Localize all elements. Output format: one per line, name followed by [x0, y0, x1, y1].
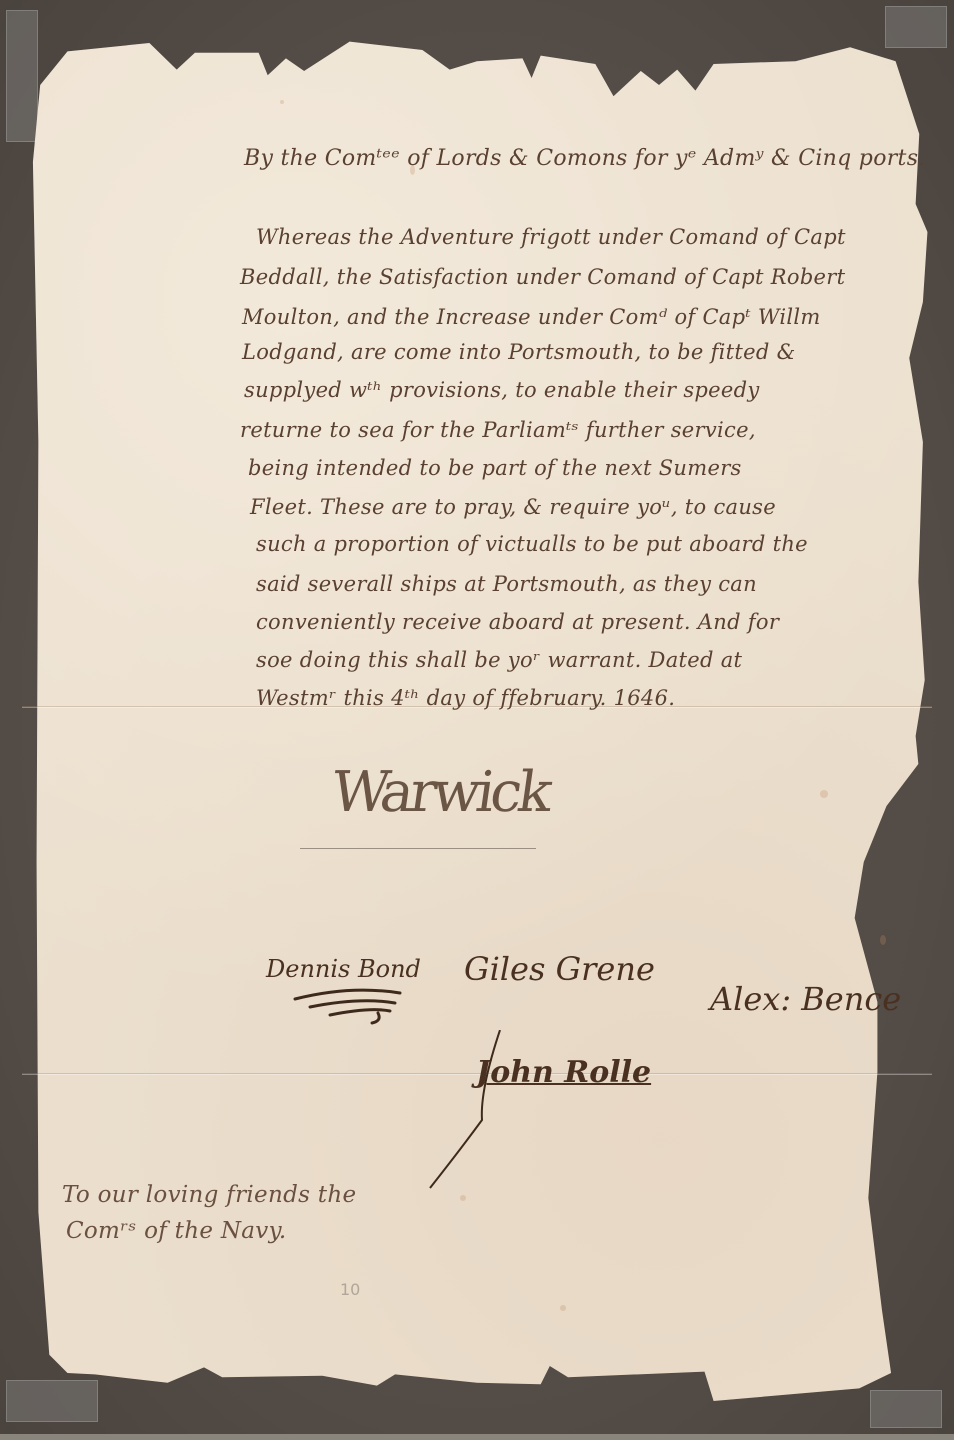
- document-heading: By the Comᵗᵉᵉ of Lords & Comons for yᵉ A…: [244, 146, 926, 171]
- foxing-spot: [560, 1305, 566, 1311]
- body-line: supplyed wᵗʰ provisions, to enable their…: [244, 378, 760, 402]
- foxing-spot: [280, 100, 284, 104]
- tape-bottom-right: [870, 1390, 942, 1428]
- rolle-flourish-icon: [420, 1030, 520, 1190]
- address-line: To our loving friends the: [62, 1182, 356, 1208]
- signature-warwick: Warwick: [327, 760, 552, 825]
- body-line: Moulton, and the Increase under Comᵈ of …: [242, 305, 821, 329]
- dated-line: Westmʳ this 4ᵗʰ day of ffebruary. 1646.: [256, 686, 675, 710]
- body-line: Fleet. These are to pray, & require yoᵘ,…: [250, 495, 776, 519]
- bond-flourish-icon: [290, 985, 420, 1025]
- tape-bottom-left: [6, 1380, 98, 1422]
- body-line: such a proportion of victualls to be put…: [256, 532, 808, 556]
- body-line: said severall ships at Portsmouth, as th…: [256, 572, 757, 596]
- signature-bence: Alex: Bence: [710, 980, 901, 1018]
- foxing-spot: [460, 1195, 466, 1201]
- body-line: being intended to be part of the next Su…: [248, 456, 742, 480]
- signature-bond: Dennis Bond: [266, 955, 421, 983]
- signature-underline: [300, 848, 536, 849]
- frame-edge: [0, 1434, 954, 1440]
- body-line: conveniently receive aboard at present. …: [256, 610, 779, 634]
- address-line: Comʳˢ of the Navy.: [66, 1218, 286, 1244]
- body-line: returne to sea for the Parliamᵗˢ further…: [240, 418, 756, 442]
- tape-top-right: [885, 6, 947, 48]
- body-line: soe doing this shall be yoʳ warrant. Dat…: [256, 648, 742, 672]
- body-line: Beddall, the Satisfaction under Comand o…: [240, 265, 845, 289]
- pencil-annotation: 10: [340, 1280, 360, 1299]
- tape-top-left: [6, 10, 38, 142]
- foxing-spot: [880, 935, 886, 945]
- signature-grene: Giles Grene: [464, 950, 655, 988]
- body-line: Lodgand, are come into Portsmouth, to be…: [242, 340, 796, 364]
- body-line: Whereas the Adventure frigott under Coma…: [256, 225, 846, 249]
- foxing-spot: [820, 790, 828, 798]
